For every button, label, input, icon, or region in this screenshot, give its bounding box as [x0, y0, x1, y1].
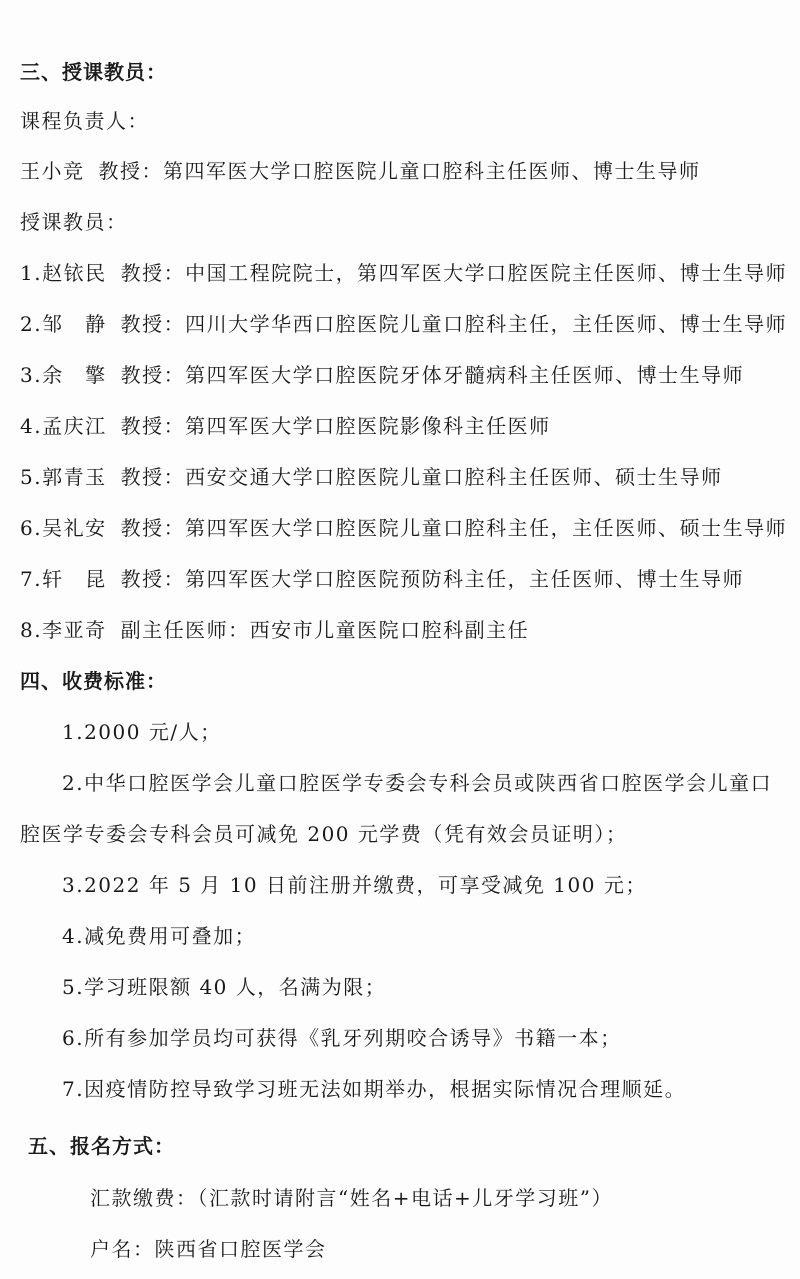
instructor-title: 教授：第四军医大学口腔医院儿童口腔科主任，主任医师、硕士生导师 — [121, 516, 788, 540]
instructor-title: 教授：中国工程院院士，第四军医大学口腔医院主任医师、博士生导师 — [121, 261, 788, 285]
section-heading-instructors: 三、授课教员： — [20, 58, 167, 86]
course-lead-label: 课程负责人： — [20, 107, 149, 135]
fee-item: 1.2000 元/人； — [62, 718, 222, 746]
instructors-label: 授课教员： — [20, 208, 128, 236]
instructor-name: 赵铱民 — [42, 261, 107, 285]
fee-item: 2.中华口腔医学会儿童口腔医学专委会专科会员或陕西省口腔医学会儿童口 — [62, 769, 772, 797]
instructor-name: 邹 静 — [42, 312, 107, 336]
instructor-item: 8.李亚奇副主任医师：西安市儿童医院口腔科副主任 — [20, 616, 529, 644]
fee-item: 6.所有参加学员均可获得《乳牙列期咬合诱导》书籍一本； — [62, 1024, 622, 1052]
account-name: 户名：陕西省口腔医学会 — [90, 1235, 327, 1263]
instructor-title: 副主任医师：西安市儿童医院口腔科副主任 — [121, 618, 530, 642]
lead-name: 王小竞 — [20, 159, 85, 183]
instructor-name: 李亚奇 — [42, 618, 107, 642]
instructor-item: 6.吴礼安教授：第四军医大学口腔医院儿童口腔科主任，主任医师、硕士生导师 — [20, 514, 787, 542]
fee-item: 7.因疫情防控导致学习班无法如期举办，根据实际情况合理顺延。 — [62, 1075, 686, 1103]
instructor-name: 郭青玉 — [42, 465, 107, 489]
instructor-item: 2.邹 静教授：四川大学华西口腔医院儿童口腔科主任，主任医师、博士生导师 — [20, 310, 787, 338]
instructor-name: 轩 昆 — [42, 567, 107, 591]
payment-note: 汇款缴费：（汇款时请附言“姓名+电话+儿牙学习班”） — [90, 1184, 613, 1212]
instructor-title: 教授：西安交通大学口腔医院儿童口腔科主任医师、硕士生导师 — [121, 465, 723, 489]
item-number: 1. — [20, 261, 42, 285]
item-number: 8. — [20, 618, 42, 642]
item-number: 4. — [20, 414, 42, 438]
item-number: 3. — [20, 363, 42, 387]
fee-item: 3.2022 年 5 月 10 日前注册并缴费，可享受减免 100 元； — [62, 871, 647, 899]
instructor-item: 7.轩 昆教授：第四军医大学口腔医院预防科主任，主任医师、博士生导师 — [20, 565, 744, 593]
fee-item: 5.学习班限额 40 人，名满为限； — [62, 973, 386, 1001]
instructor-title: 教授：四川大学华西口腔医院儿童口腔科主任，主任医师、博士生导师 — [121, 312, 788, 336]
fee-item: 4.减免费用可叠加； — [62, 922, 256, 950]
fee-item-continued: 腔医学专委会专科会员可减免 200 元学费（凭有效会员证明）； — [20, 820, 627, 848]
instructor-item: 1.赵铱民教授：中国工程院院士，第四军医大学口腔医院主任医师、博士生导师 — [20, 259, 787, 287]
instructor-title: 教授：第四军医大学口腔医院预防科主任，主任医师、博士生导师 — [121, 567, 745, 591]
instructor-title: 教授：第四军医大学口腔医院影像科主任医师 — [121, 414, 551, 438]
lead-title: 教授：第四军医大学口腔医院儿童口腔科主任医师、博士生导师 — [99, 159, 701, 183]
item-number: 6. — [20, 516, 42, 540]
item-number: 5. — [20, 465, 42, 489]
item-number: 7. — [20, 567, 42, 591]
instructor-item: 5.郭青玉教授：西安交通大学口腔医院儿童口腔科主任医师、硕士生导师 — [20, 463, 723, 491]
section-heading-fees: 四、收费标准： — [20, 667, 167, 695]
course-lead-entry: 王小竞教授：第四军医大学口腔医院儿童口腔科主任医师、博士生导师 — [20, 157, 701, 185]
item-number: 2. — [20, 312, 42, 336]
instructor-name: 孟庆江 — [42, 414, 107, 438]
instructor-title: 教授：第四军医大学口腔医院牙体牙髓病科主任医师、博士生导师 — [121, 363, 745, 387]
instructor-item: 4.孟庆江教授：第四军医大学口腔医院影像科主任医师 — [20, 412, 551, 440]
instructor-name: 吴礼安 — [42, 516, 107, 540]
section-heading-registration: 五、报名方式： — [28, 1132, 175, 1160]
instructor-item: 3.余 擎教授：第四军医大学口腔医院牙体牙髓病科主任医师、博士生导师 — [20, 361, 744, 389]
instructor-name: 余 擎 — [42, 363, 107, 387]
